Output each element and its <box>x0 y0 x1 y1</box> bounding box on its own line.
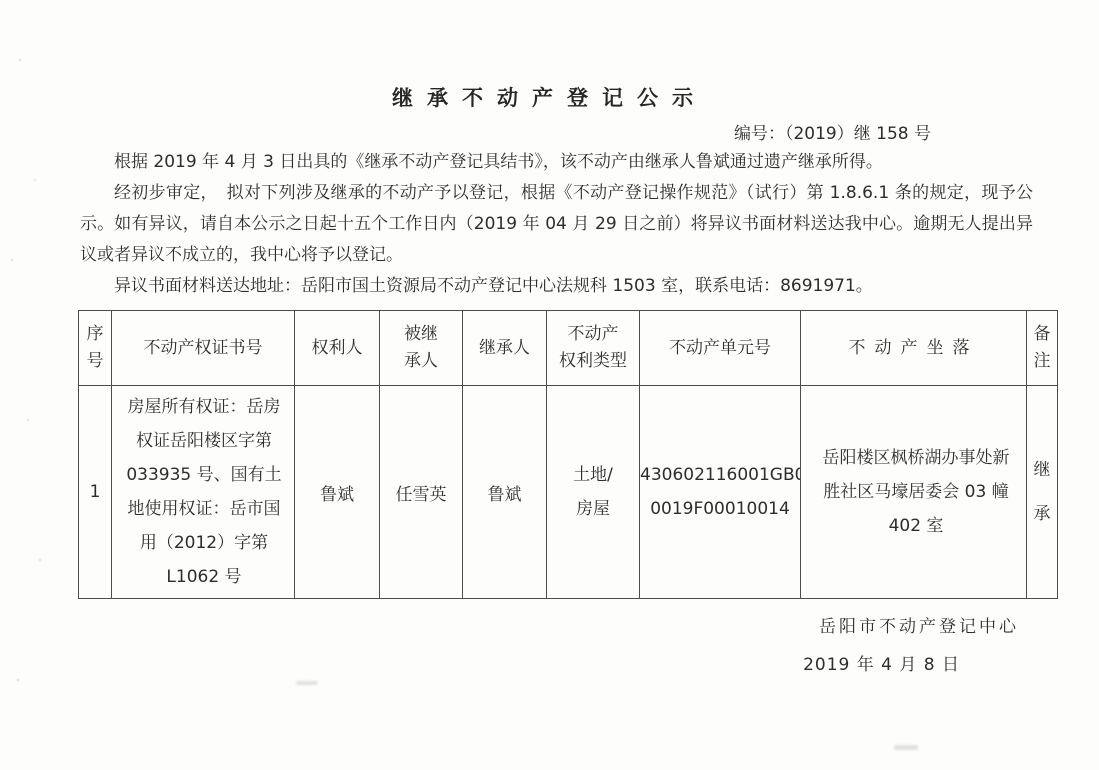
cell-certificate-no: 房屋所有权证：岳房权证岳阳楼区字第 033935 号、国有土地使用权证：岳市国用… <box>112 386 295 599</box>
col-header-unit-no: 不动产单元号 <box>640 311 801 386</box>
document-number: 编号：（2019）继 158 号 <box>0 119 1099 144</box>
table-header-row: 序 号 不动产权证书号 权利人 被继 承人 继承人 不动产 权利类型 不动产单元… <box>79 311 1058 386</box>
cell-note: 继 承 <box>1027 386 1058 599</box>
cell-location: 岳阳楼区枫桥湖办事处新胜社区马壕居委会 03 幢 402 室 <box>801 386 1027 599</box>
cell-right-type: 土地/ 房屋 <box>547 386 640 599</box>
col-header-heir: 继承人 <box>463 311 547 386</box>
issue-date: 2019 年 4 月 8 日 <box>0 650 1099 675</box>
notice-body: 根据 2019 年 4 月 3 日出具的《继承不动产登记具结书》，该不动产由继承… <box>80 147 1033 302</box>
col-header-note: 备 注 <box>1027 311 1058 386</box>
scan-smudge <box>296 681 318 685</box>
page-title: 继承不动产登记公示 <box>0 0 1099 112</box>
col-header-certificate-no: 不动产权证书号 <box>112 311 295 386</box>
cell-right-holder: 鲁斌 <box>295 386 380 599</box>
cell-index: 1 <box>79 386 112 599</box>
signature-block: 岳阳市不动产登记中心 2019 年 4 月 8 日 <box>0 612 1099 675</box>
col-header-location: 不动产坐落 <box>801 311 1027 386</box>
scan-noise-texture <box>0 0 70 770</box>
cell-unit-no: 430602116001GB0 0019F00010014 <box>640 386 801 599</box>
paragraph-basis: 根据 2019 年 4 月 3 日出具的《继承不动产登记具结书》，该不动产由继承… <box>80 147 1033 178</box>
paragraph-notice: 经初步审定， 拟对下列涉及继承的不动产予以登记，根据《不动产登记操作规范》（试行… <box>80 178 1033 271</box>
cell-decedent: 任雪英 <box>380 386 463 599</box>
issuing-organization: 岳阳市不动产登记中心 <box>0 612 1099 637</box>
scan-smudge <box>894 745 918 750</box>
col-header-right-type: 不动产 权利类型 <box>547 311 640 386</box>
registration-table: 序 号 不动产权证书号 权利人 被继 承人 继承人 不动产 权利类型 不动产单元… <box>78 310 1058 599</box>
scanned-notice-page: 继承不动产登记公示 编号：（2019）继 158 号 根据 2019 年 4 月… <box>0 0 1099 770</box>
col-header-index: 序 号 <box>79 311 112 386</box>
col-header-decedent: 被继 承人 <box>380 311 463 386</box>
col-header-right-holder: 权利人 <box>295 311 380 386</box>
cell-heir: 鲁斌 <box>463 386 547 599</box>
paragraph-contact: 异议书面材料送达地址：岳阳市国土资源局不动产登记中心法规科 1503 室，联系电… <box>80 271 1033 302</box>
table-row: 1 房屋所有权证：岳房权证岳阳楼区字第 033935 号、国有土地使用权证：岳市… <box>79 386 1058 599</box>
